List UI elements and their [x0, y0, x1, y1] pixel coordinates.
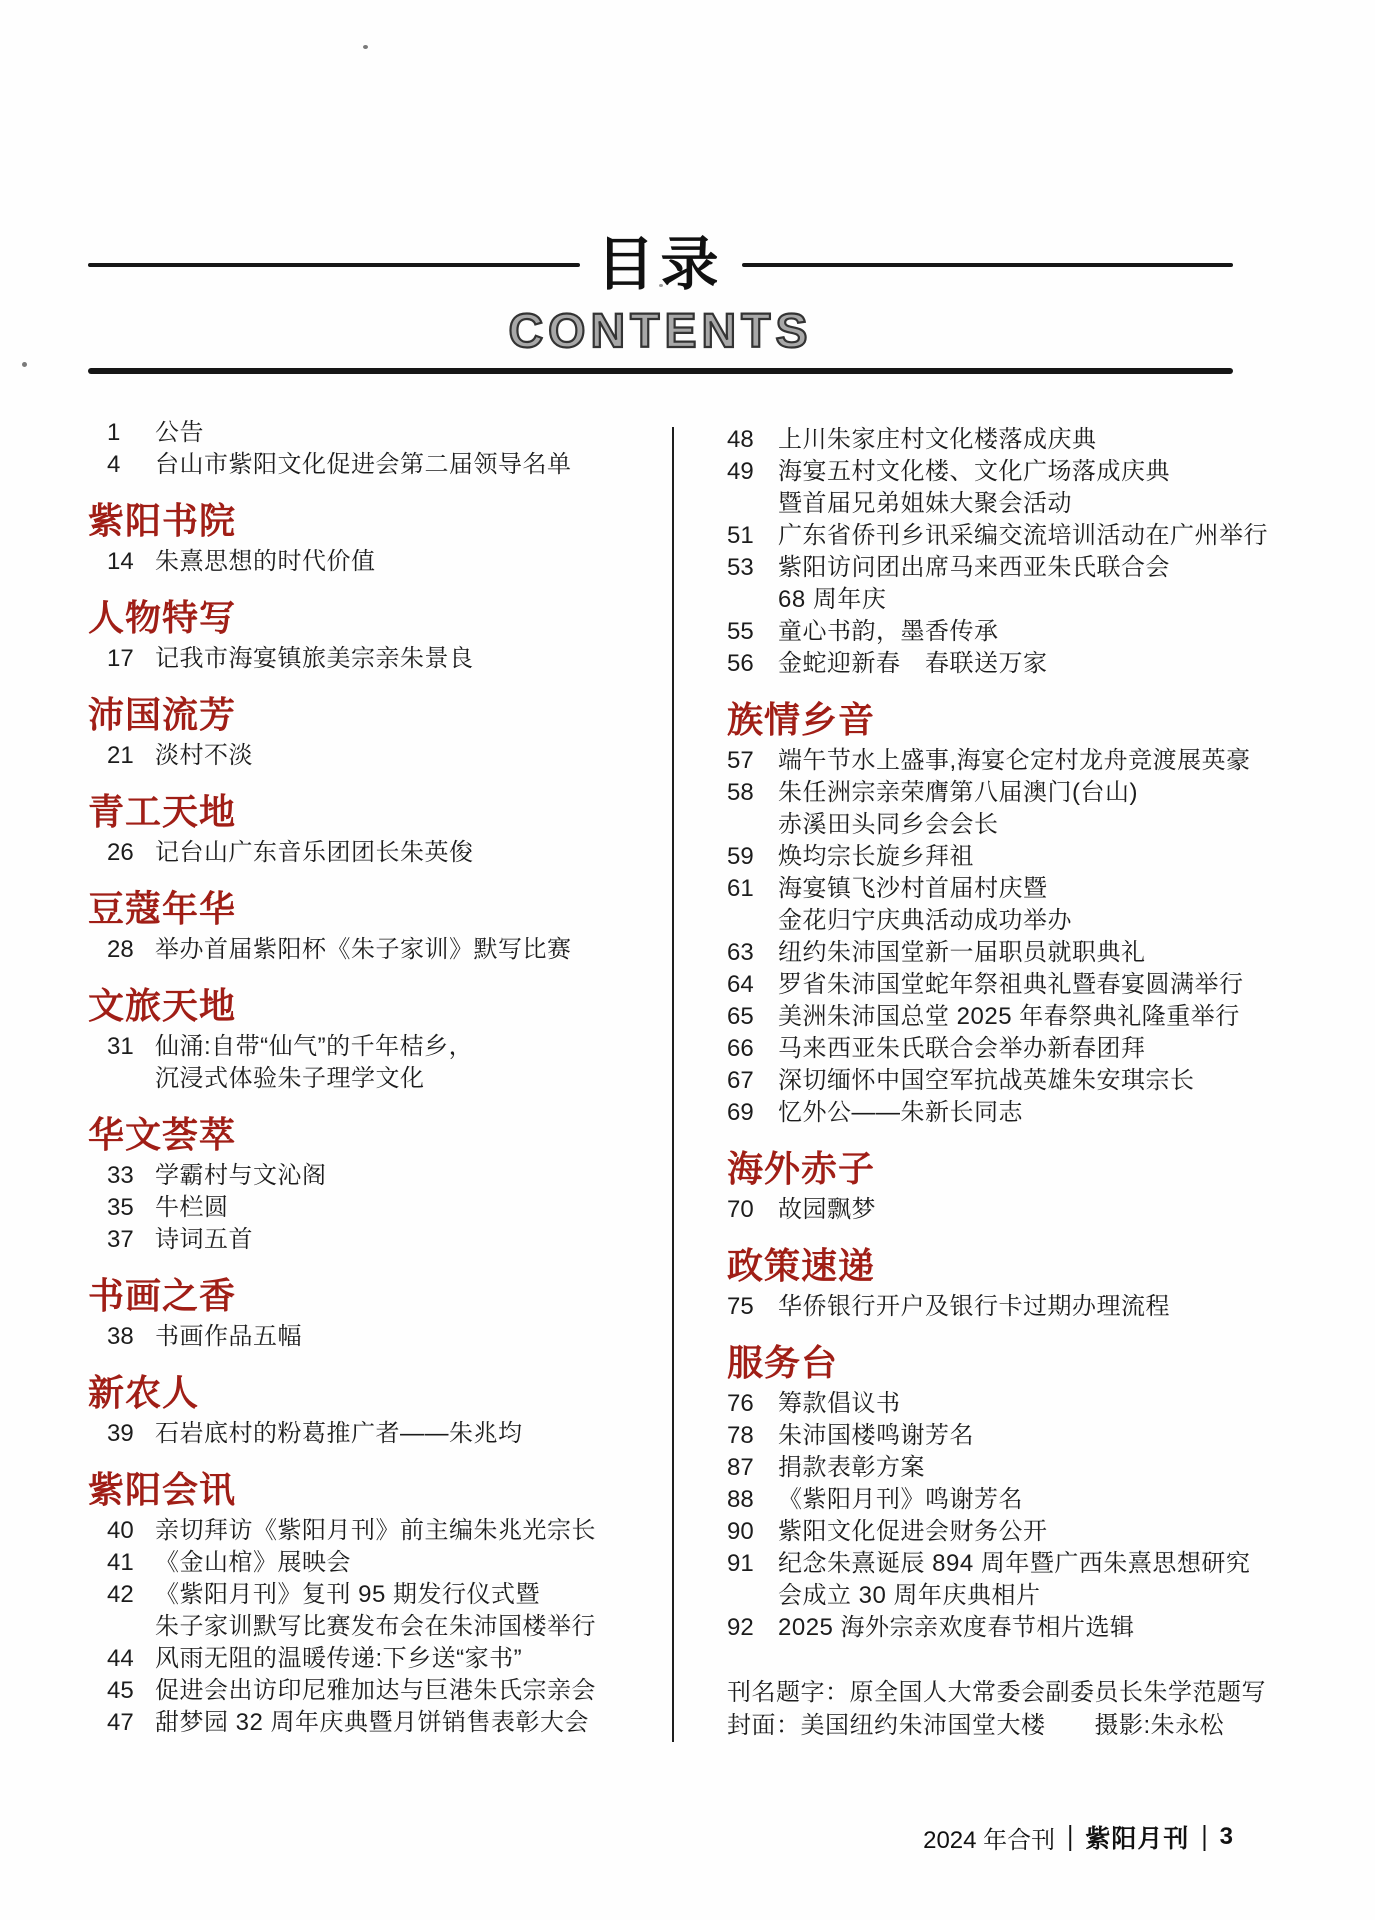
- ink-speck: [659, 284, 663, 287]
- toc-item: 63纽约朱沛国堂新一届职员就职典礼: [727, 937, 1239, 969]
- toc-item-page-number: 26: [107, 837, 155, 869]
- toc-item-page-number: 57: [727, 745, 778, 777]
- toc-item-title: 朱沛国楼鸣谢芳名: [778, 1420, 974, 1452]
- toc-item-page-number: 33: [107, 1160, 155, 1192]
- toc-item: 42《紫阳月刊》复刊 95 期发行仪式暨朱子家训默写比赛发布会在朱沛国楼举行: [88, 1579, 654, 1643]
- toc-item-title: 捐款表彰方案: [778, 1452, 925, 1484]
- toc-item-page-number: 78: [727, 1420, 778, 1452]
- footer-separator: |: [1201, 1821, 1207, 1853]
- toc-item: 69忆外公——朱新长同志: [727, 1097, 1239, 1129]
- toc-item-page-number: 90: [727, 1516, 778, 1548]
- toc-item-title-line: 海宴五村文化楼、文化广场落成庆典: [778, 456, 1170, 488]
- toc-item-page-number: 70: [727, 1194, 778, 1226]
- toc-item: 66马来西亚朱氏联合会举办新春团拜: [727, 1033, 1239, 1065]
- toc-item-title-line: 端午节水上盛事,海宴仑定村龙舟竞渡展英豪: [778, 745, 1251, 777]
- toc-item-title-line: 华侨银行开户及银行卡过期办理流程: [778, 1291, 1170, 1323]
- toc-item-page-number: 61: [727, 873, 778, 937]
- toc-item-title-line: 罗省朱沛国堂蛇年祭祖典礼暨春宴圆满举行: [778, 969, 1244, 1001]
- toc-item: 64罗省朱沛国堂蛇年祭祖典礼暨春宴圆满举行: [727, 969, 1239, 1001]
- toc-item-title: 纪念朱熹诞辰 894 周年暨广西朱熹思想研究会成立 30 周年庆典相片: [778, 1548, 1250, 1612]
- ink-speck: [22, 362, 27, 367]
- section-heading: 族情乡音: [727, 699, 1239, 741]
- toc-item-title-line: 《紫阳月刊》复刊 95 期发行仪式暨: [155, 1579, 596, 1611]
- toc-item-page-number: 37: [107, 1224, 155, 1256]
- section-heading: 豆蔻年华: [88, 888, 654, 930]
- toc-item: 55童心书韵，墨香传承: [727, 616, 1239, 648]
- toc-item-title-line: 焕均宗长旋乡拜祖: [778, 841, 974, 873]
- toc-item: 65美洲朱沛国总堂 2025 年春祭典礼隆重举行: [727, 1001, 1239, 1033]
- footer-issue: 2024 年合刊: [923, 1820, 1055, 1855]
- toc-item-title-line: 筹款倡议书: [778, 1388, 901, 1420]
- toc-item-title: 马来西亚朱氏联合会举办新春团拜: [778, 1033, 1146, 1065]
- toc-item-title-line: 68 周年庆: [778, 584, 1170, 616]
- toc-item-title: 海宴五村文化楼、文化广场落成庆典暨首届兄弟姐妹大聚会活动: [778, 456, 1170, 520]
- toc-item: 48上川朱家庄村文化楼落成庆典: [727, 424, 1239, 456]
- toc-item: 53紫阳访问团出席马来西亚朱氏联合会68 周年庆: [727, 552, 1239, 616]
- toc-item: 61海宴镇飞沙村首届村庆暨金花归宁庆典活动成功举办: [727, 873, 1239, 937]
- toc-item: 56金蛇迎新春 春联送万家: [727, 648, 1239, 680]
- section-heading: 书画之香: [88, 1275, 654, 1317]
- toc-item-page-number: 45: [107, 1675, 155, 1707]
- toc-item-title-line: 石岩底村的粉葛推广者——朱兆均: [155, 1418, 523, 1450]
- toc-item: 76筹款倡议书: [727, 1388, 1239, 1420]
- toc-item-title-line: 暨首届兄弟姐妹大聚会活动: [778, 488, 1170, 520]
- toc-left-column: 1公告4台山市紫阳文化促进会第二届领导名单紫阳书院14朱熹思想的时代价值人物特写…: [88, 417, 654, 1739]
- toc-item: 59焕均宗长旋乡拜祖: [727, 841, 1239, 873]
- toc-item-page-number: 63: [727, 937, 778, 969]
- section-heading: 紫阳书院: [88, 500, 654, 542]
- toc-item-title-line: 公告: [155, 417, 204, 449]
- toc-item-title-line: 紫阳文化促进会财务公开: [778, 1516, 1048, 1548]
- toc-item-title: 筹款倡议书: [778, 1388, 901, 1420]
- footer-page-number: 3: [1220, 1823, 1233, 1851]
- section-heading: 紫阳会讯: [88, 1469, 654, 1511]
- toc-item-title-line: 忆外公——朱新长同志: [778, 1097, 1023, 1129]
- toc-item-title-line: 上川朱家庄村文化楼落成庆典: [778, 424, 1097, 456]
- title-left-rule: [88, 263, 580, 267]
- toc-item-title-line: 赤溪田头同乡会会长: [778, 809, 1138, 841]
- toc-item: 51广东省侨刊乡讯采编交流培训活动在广州举行: [727, 520, 1239, 552]
- section-heading: 政策速递: [727, 1245, 1239, 1287]
- toc-item-title-line: 朱任洲宗亲荣膺第八届澳门(台山): [778, 777, 1138, 809]
- toc-item-title: 忆外公——朱新长同志: [778, 1097, 1023, 1129]
- toc-item-title-line: 紫阳访问团出席马来西亚朱氏联合会: [778, 552, 1170, 584]
- toc-item-title: 朱熹思想的时代价值: [155, 546, 376, 578]
- toc-item-title: 海宴镇飞沙村首届村庆暨金花归宁庆典活动成功举办: [778, 873, 1072, 937]
- toc-item-title-line: 马来西亚朱氏联合会举办新春团拜: [778, 1033, 1146, 1065]
- toc-item-title: 石岩底村的粉葛推广者——朱兆均: [155, 1418, 523, 1450]
- toc-item-title-line: 海宴镇飞沙村首届村庆暨: [778, 873, 1072, 905]
- toc-item-page-number: 92: [727, 1612, 778, 1644]
- toc-item-title-line: 会成立 30 周年庆典相片: [778, 1580, 1250, 1612]
- toc-item-page-number: 69: [727, 1097, 778, 1129]
- toc-item: 87捐款表彰方案: [727, 1452, 1239, 1484]
- toc-item: 922025 海外宗亲欢度春节相片选辑: [727, 1612, 1239, 1644]
- toc-item-title-line: 仙涌:自带“仙气”的千年桔乡，: [155, 1031, 473, 1063]
- toc-item-title-line: 亲切拜访《紫阳月刊》前主编朱兆光宗长: [155, 1515, 596, 1547]
- toc-item-title: 童心书韵，墨香传承: [778, 616, 999, 648]
- toc-item-title-line: 风雨无阻的温暖传递:下乡送“家书”: [155, 1643, 522, 1675]
- toc-item-title: 2025 海外宗亲欢度春节相片选辑: [778, 1612, 1135, 1644]
- toc-item-title: 牛栏圆: [155, 1192, 229, 1224]
- toc-item-page-number: 64: [727, 969, 778, 1001]
- toc-item: 21淡村不淡: [88, 740, 654, 772]
- toc-item: 39石岩底村的粉葛推广者——朱兆均: [88, 1418, 654, 1450]
- toc-item: 70故园飘梦: [727, 1194, 1239, 1226]
- toc-item-page-number: 14: [107, 546, 155, 578]
- header-divider-rule: [88, 368, 1233, 374]
- toc-note: 刊名题字：原全国人大常委会副委员长朱学范题写: [727, 1676, 1239, 1709]
- toc-item-page-number: 21: [107, 740, 155, 772]
- toc-item-title: 记我市海宴镇旅美宗亲朱景良: [155, 643, 474, 675]
- toc-item: 1公告: [88, 417, 654, 449]
- toc-item-page-number: 75: [727, 1291, 778, 1323]
- toc-item-title-line: 朱熹思想的时代价值: [155, 546, 376, 578]
- toc-item-title: 书画作品五幅: [155, 1321, 302, 1353]
- toc-item-title-line: 书画作品五幅: [155, 1321, 302, 1353]
- toc-item-page-number: 39: [107, 1418, 155, 1450]
- page-title: 目录: [597, 230, 725, 300]
- toc-item-title: 美洲朱沛国总堂 2025 年春祭典礼隆重举行: [778, 1001, 1240, 1033]
- toc-item-title-line: 诗词五首: [155, 1224, 253, 1256]
- toc-item-page-number: 42: [107, 1579, 155, 1643]
- title-right-rule: [742, 263, 1234, 267]
- toc-note: 封面：美国纽约朱沛国堂大楼 摄影:朱永松: [727, 1709, 1239, 1742]
- toc-item: 45促进会出访印尼雅加达与巨港朱氏宗亲会: [88, 1675, 654, 1707]
- toc-item-page-number: 44: [107, 1643, 155, 1675]
- page-title-english: CONTENTS: [88, 304, 1233, 360]
- toc-item-title-line: 捐款表彰方案: [778, 1452, 925, 1484]
- toc-item-title-line: 《金山棺》展映会: [155, 1547, 351, 1579]
- toc-item-title-line: 甜梦园 32 周年庆典暨月饼销售表彰大会: [155, 1707, 589, 1739]
- toc-item-title: 焕均宗长旋乡拜祖: [778, 841, 974, 873]
- toc-item-title-line: 童心书韵，墨香传承: [778, 616, 999, 648]
- toc-item-page-number: 49: [727, 456, 778, 520]
- toc-item: 57端午节水上盛事,海宴仑定村龙舟竞渡展英豪: [727, 745, 1239, 777]
- section-heading: 新农人: [88, 1372, 654, 1414]
- toc-item-title: 纽约朱沛国堂新一届职员就职典礼: [778, 937, 1146, 969]
- toc-item: 75华侨银行开户及银行卡过期办理流程: [727, 1291, 1239, 1323]
- toc-item-title-line: 广东省侨刊乡讯采编交流培训活动在广州举行: [778, 520, 1268, 552]
- toc-item-title: 《金山棺》展映会: [155, 1547, 351, 1579]
- toc-item: 31仙涌:自带“仙气”的千年桔乡，沉浸式体验朱子理学文化: [88, 1031, 654, 1095]
- footer-separator: |: [1067, 1821, 1073, 1853]
- toc-item-title: 举办首届紫阳杯《朱子家训》默写比赛: [155, 934, 572, 966]
- toc-item-title: 公告: [155, 417, 204, 449]
- toc-item-title-line: 促进会出访印尼雅加达与巨港朱氏宗亲会: [155, 1675, 596, 1707]
- toc-item-title-line: 故园飘梦: [778, 1194, 876, 1226]
- toc-item-title-line: 沉浸式体验朱子理学文化: [155, 1063, 473, 1095]
- toc-item: 47甜梦园 32 周年庆典暨月饼销售表彰大会: [88, 1707, 654, 1739]
- toc-item-page-number: 47: [107, 1707, 155, 1739]
- toc-item-title: 甜梦园 32 周年庆典暨月饼销售表彰大会: [155, 1707, 589, 1739]
- toc-item: 28举办首届紫阳杯《朱子家训》默写比赛: [88, 934, 654, 966]
- toc-item: 44风雨无阻的温暖传递:下乡送“家书”: [88, 1643, 654, 1675]
- toc-item-title: 学霸村与文沁阁: [155, 1160, 327, 1192]
- toc-item-title-line: 金花归宁庆典活动成功举办: [778, 905, 1072, 937]
- toc-item-title: 罗省朱沛国堂蛇年祭祖典礼暨春宴圆满举行: [778, 969, 1244, 1001]
- toc-page: 目录 CONTENTS 1公告4台山市紫阳文化促进会第二届领导名单紫阳书院14朱…: [0, 0, 1375, 1920]
- toc-item: 4台山市紫阳文化促进会第二届领导名单: [88, 449, 654, 481]
- toc-item-title-line: 朱子家训默写比赛发布会在朱沛国楼举行: [155, 1611, 596, 1643]
- toc-item-title-line: 牛栏圆: [155, 1192, 229, 1224]
- toc-item-page-number: 58: [727, 777, 778, 841]
- toc-item-page-number: 65: [727, 1001, 778, 1033]
- toc-right-column: 48上川朱家庄村文化楼落成庆典49海宴五村文化楼、文化广场落成庆典暨首届兄弟姐妹…: [727, 424, 1239, 1742]
- toc-item-title: 《紫阳月刊》复刊 95 期发行仪式暨朱子家训默写比赛发布会在朱沛国楼举行: [155, 1579, 596, 1643]
- toc-item-title-line: 记我市海宴镇旅美宗亲朱景良: [155, 643, 474, 675]
- toc-item-title-line: 美洲朱沛国总堂 2025 年春祭典礼隆重举行: [778, 1001, 1240, 1033]
- toc-item-title: 金蛇迎新春 春联送万家: [778, 648, 1048, 680]
- toc-item-title-line: 举办首届紫阳杯《朱子家训》默写比赛: [155, 934, 572, 966]
- toc-item-title-line: 淡村不淡: [155, 740, 253, 772]
- toc-item-page-number: 56: [727, 648, 778, 680]
- toc-item-title-line: 纽约朱沛国堂新一届职员就职典礼: [778, 937, 1146, 969]
- toc-item-page-number: 59: [727, 841, 778, 873]
- toc-item-title-line: 《紫阳月刊》鸣谢芳名: [778, 1484, 1023, 1516]
- section-heading: 海外赤子: [727, 1148, 1239, 1190]
- toc-item: 26记台山广东音乐团团长朱英俊: [88, 837, 654, 869]
- toc-item: 37诗词五首: [88, 1224, 654, 1256]
- toc-item-title: 端午节水上盛事,海宴仑定村龙舟竞渡展英豪: [778, 745, 1251, 777]
- toc-item: 58朱任洲宗亲荣膺第八届澳门(台山)赤溪田头同乡会会长: [727, 777, 1239, 841]
- section-heading: 青工天地: [88, 791, 654, 833]
- section-heading: 沛国流芳: [88, 694, 654, 736]
- toc-item-title: 华侨银行开户及银行卡过期办理流程: [778, 1291, 1170, 1323]
- toc-item-title-line: 2025 海外宗亲欢度春节相片选辑: [778, 1612, 1135, 1644]
- toc-item-title: 仙涌:自带“仙气”的千年桔乡，沉浸式体验朱子理学文化: [155, 1031, 473, 1095]
- toc-item-page-number: 76: [727, 1388, 778, 1420]
- toc-item-page-number: 51: [727, 520, 778, 552]
- toc-item-page-number: 40: [107, 1515, 155, 1547]
- toc-item-title-line: 学霸村与文沁阁: [155, 1160, 327, 1192]
- toc-item: 38书画作品五幅: [88, 1321, 654, 1353]
- toc-item-page-number: 35: [107, 1192, 155, 1224]
- toc-item-title: 淡村不淡: [155, 740, 253, 772]
- toc-item-page-number: 91: [727, 1548, 778, 1612]
- ink-speck: [363, 45, 368, 49]
- toc-item-title-line: 深切缅怀中国空军抗战英雄朱安琪宗长: [778, 1065, 1195, 1097]
- toc-item-title: 故园飘梦: [778, 1194, 876, 1226]
- toc-item-title-line: 纪念朱熹诞辰 894 周年暨广西朱熹思想研究: [778, 1548, 1250, 1580]
- toc-item: 88《紫阳月刊》鸣谢芳名: [727, 1484, 1239, 1516]
- toc-item-title: 台山市紫阳文化促进会第二届领导名单: [155, 449, 572, 481]
- toc-item: 67深切缅怀中国空军抗战英雄朱安琪宗长: [727, 1065, 1239, 1097]
- title-row: 目录: [88, 230, 1233, 300]
- toc-item-title-line: 记台山广东音乐团团长朱英俊: [155, 837, 474, 869]
- toc-item: 78朱沛国楼鸣谢芳名: [727, 1420, 1239, 1452]
- toc-item-page-number: 28: [107, 934, 155, 966]
- section-heading: 华文荟萃: [88, 1114, 654, 1156]
- toc-item: 35牛栏圆: [88, 1192, 654, 1224]
- toc-item-page-number: 41: [107, 1547, 155, 1579]
- toc-item-page-number: 48: [727, 424, 778, 456]
- toc-item-title-line: 台山市紫阳文化促进会第二届领导名单: [155, 449, 572, 481]
- toc-item-page-number: 38: [107, 1321, 155, 1353]
- toc-item: 41《金山棺》展映会: [88, 1547, 654, 1579]
- page-footer: 2024 年合刊 | 紫阳月刊 | 3: [923, 1820, 1233, 1854]
- toc-item: 14朱熹思想的时代价值: [88, 546, 654, 578]
- toc-item-title-line: 金蛇迎新春 春联送万家: [778, 648, 1048, 680]
- toc-item-title: 记台山广东音乐团团长朱英俊: [155, 837, 474, 869]
- toc-item-title: 广东省侨刊乡讯采编交流培训活动在广州举行: [778, 520, 1268, 552]
- toc-item-page-number: 66: [727, 1033, 778, 1065]
- toc-item-title: 《紫阳月刊》鸣谢芳名: [778, 1484, 1023, 1516]
- toc-item: 40亲切拜访《紫阳月刊》前主编朱兆光宗长: [88, 1515, 654, 1547]
- toc-item-page-number: 67: [727, 1065, 778, 1097]
- toc-item-title-line: 朱沛国楼鸣谢芳名: [778, 1420, 974, 1452]
- toc-item-title: 紫阳访问团出席马来西亚朱氏联合会68 周年庆: [778, 552, 1170, 616]
- toc-item-page-number: 31: [107, 1031, 155, 1095]
- toc-item-title: 亲切拜访《紫阳月刊》前主编朱兆光宗长: [155, 1515, 596, 1547]
- toc-item: 91纪念朱熹诞辰 894 周年暨广西朱熹思想研究会成立 30 周年庆典相片: [727, 1548, 1239, 1612]
- section-heading: 文旅天地: [88, 985, 654, 1027]
- column-divider: [672, 427, 674, 1742]
- toc-item-page-number: 4: [107, 449, 155, 481]
- toc-item-page-number: 53: [727, 552, 778, 616]
- toc-item-title: 促进会出访印尼雅加达与巨港朱氏宗亲会: [155, 1675, 596, 1707]
- toc-item: 49海宴五村文化楼、文化广场落成庆典暨首届兄弟姐妹大聚会活动: [727, 456, 1239, 520]
- toc-item-title: 朱任洲宗亲荣膺第八届澳门(台山)赤溪田头同乡会会长: [778, 777, 1138, 841]
- toc-item-page-number: 87: [727, 1452, 778, 1484]
- toc-item-title: 上川朱家庄村文化楼落成庆典: [778, 424, 1097, 456]
- section-heading: 服务台: [727, 1342, 1239, 1384]
- toc-item-page-number: 1: [107, 417, 155, 449]
- toc-item-page-number: 55: [727, 616, 778, 648]
- toc-item-title: 风雨无阻的温暖传递:下乡送“家书”: [155, 1643, 522, 1675]
- toc-item: 90紫阳文化促进会财务公开: [727, 1516, 1239, 1548]
- toc-item: 33学霸村与文沁阁: [88, 1160, 654, 1192]
- toc-item-page-number: 88: [727, 1484, 778, 1516]
- section-heading: 人物特写: [88, 597, 654, 639]
- toc-item-page-number: 17: [107, 643, 155, 675]
- toc-item: 17记我市海宴镇旅美宗亲朱景良: [88, 643, 654, 675]
- footer-magazine-name: 紫阳月刊: [1085, 1819, 1189, 1855]
- toc-item-title: 诗词五首: [155, 1224, 253, 1256]
- toc-item-title: 紫阳文化促进会财务公开: [778, 1516, 1048, 1548]
- toc-item-title: 深切缅怀中国空军抗战英雄朱安琪宗长: [778, 1065, 1195, 1097]
